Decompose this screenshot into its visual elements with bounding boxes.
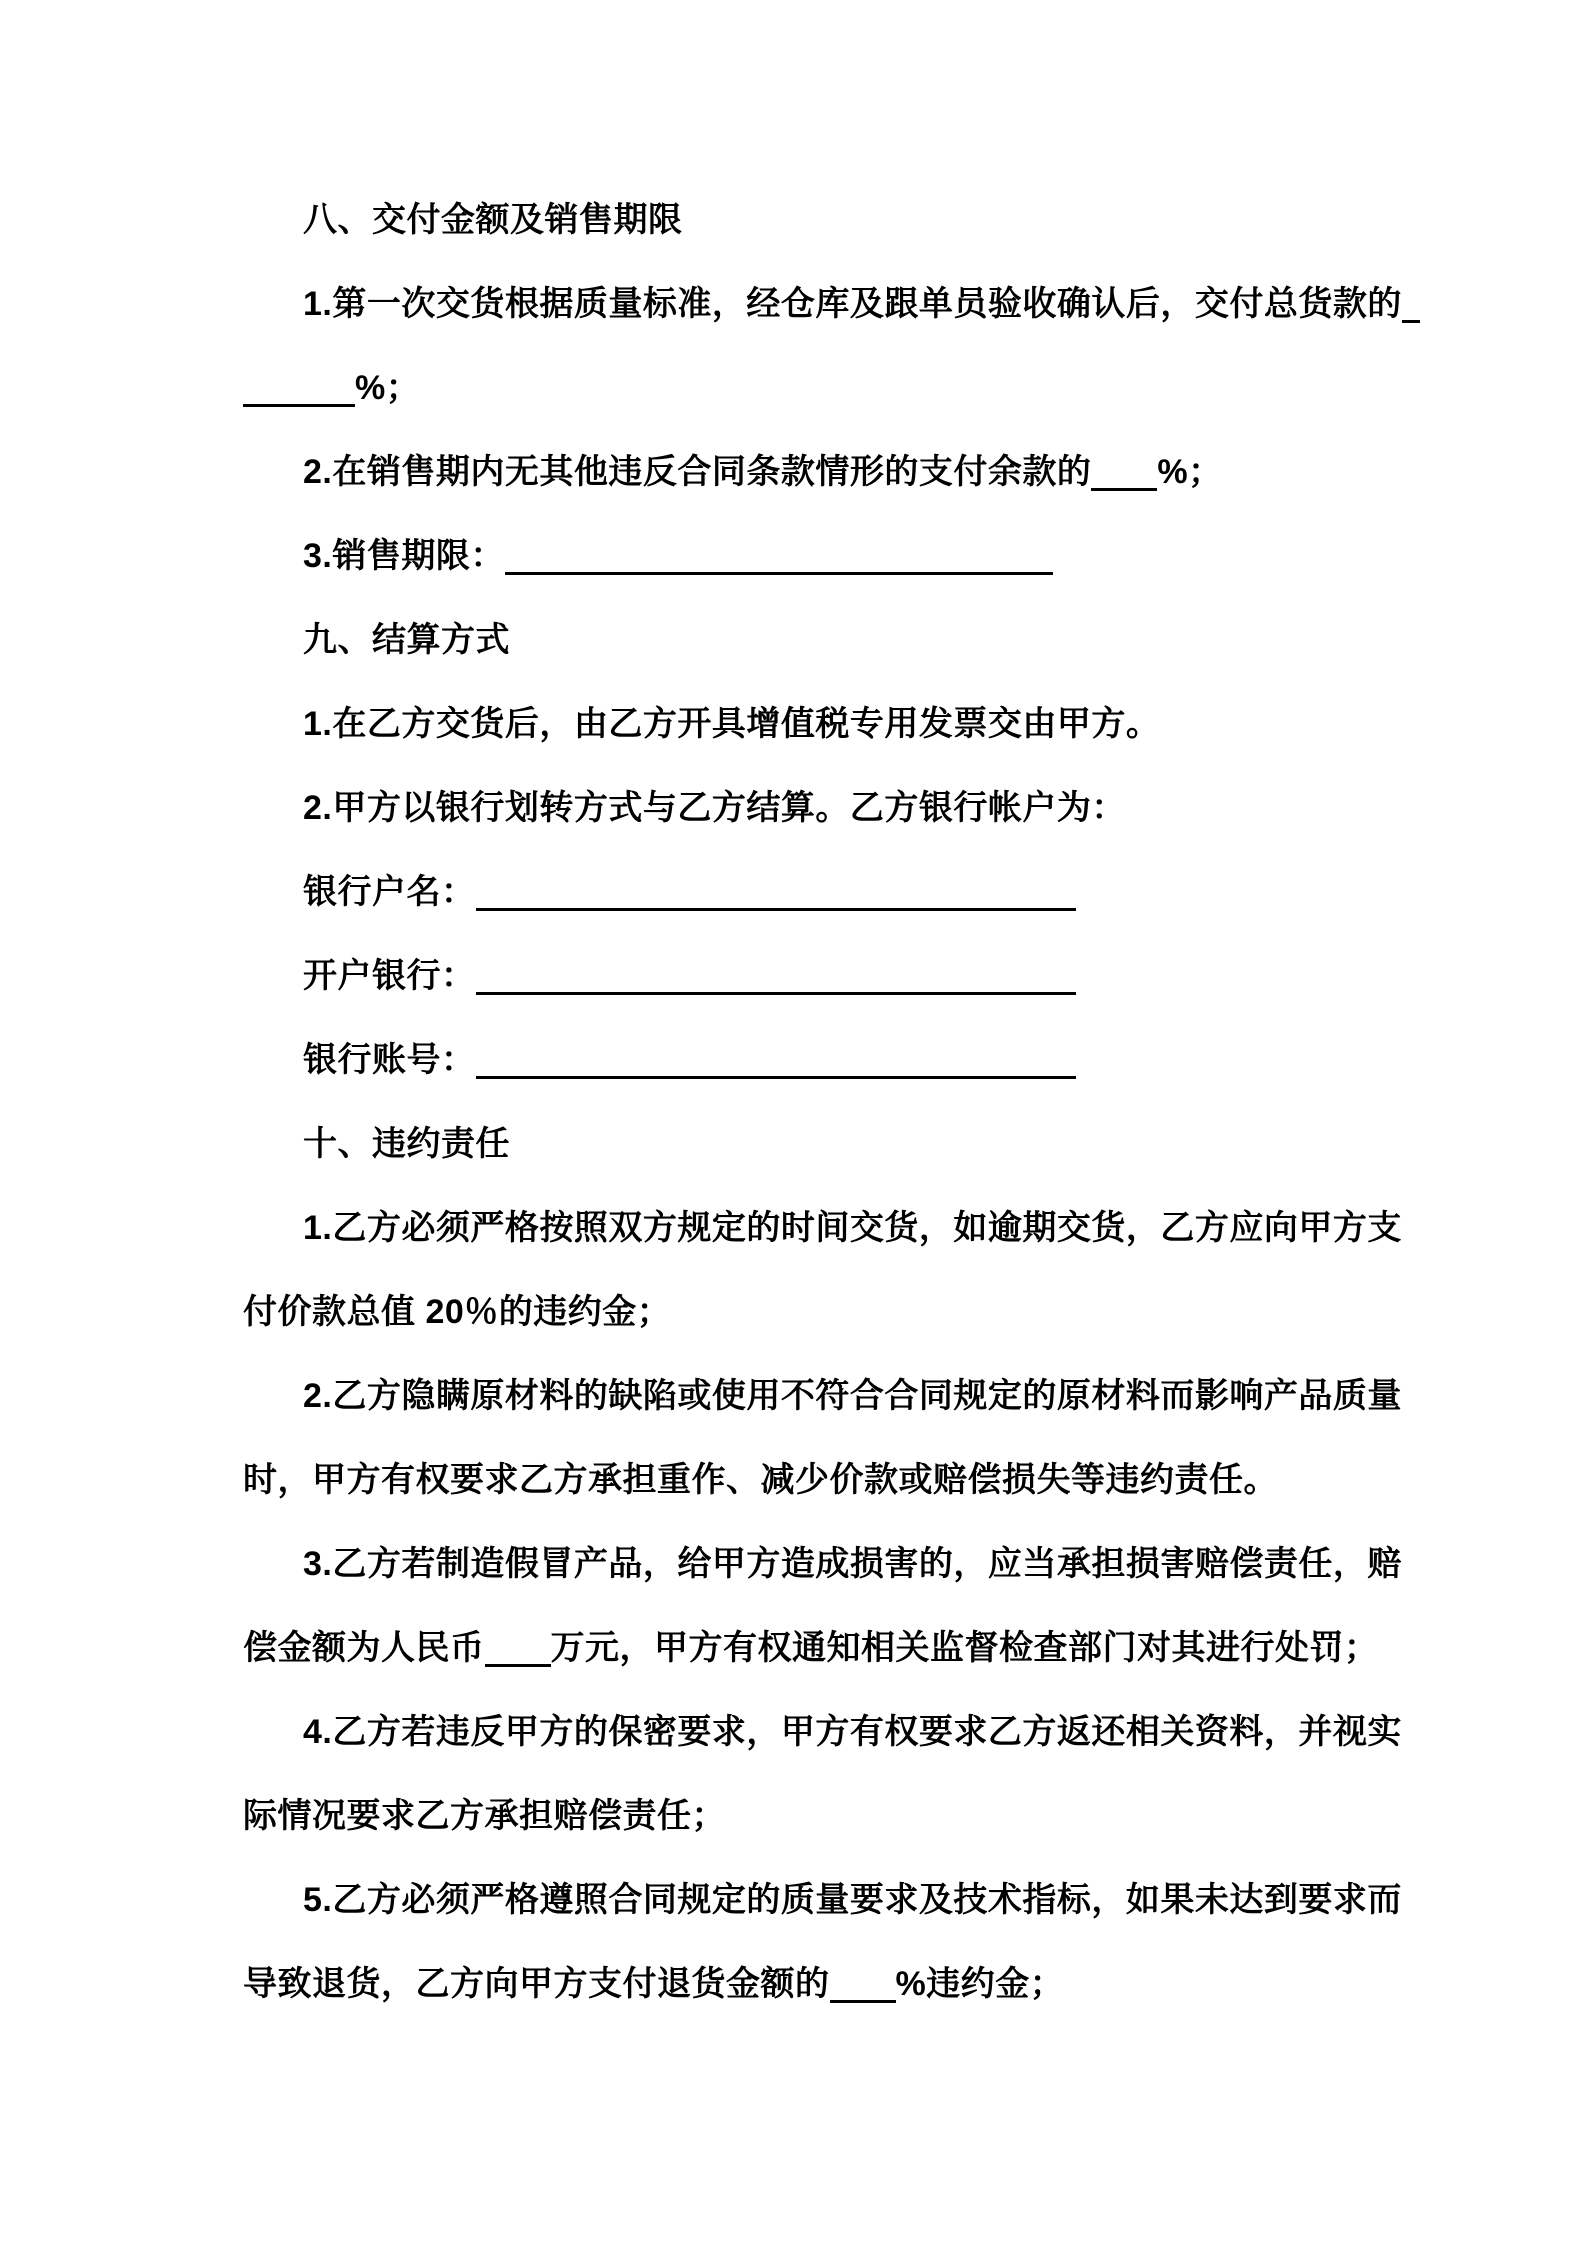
text-run: 付价款总值 20％的违约金； bbox=[243, 1293, 671, 1331]
blank-underline bbox=[505, 570, 1053, 575]
text-run: 2.乙方隐瞒原材料的缺陷或使用不符合合同规定的原材料而影响产品质量 bbox=[303, 1377, 1402, 1415]
text-run: 开户银行： bbox=[303, 957, 476, 995]
paragraph-line: 1.乙方必须严格按照双方规定的时间交货，如逾期交货，乙方应向甲方支 bbox=[243, 1186, 1347, 1270]
paragraph-line: 开户银行： bbox=[243, 934, 1347, 1018]
text-run: 万元，甲方有权通知相关监督检查部门对其进行处罚； bbox=[551, 1629, 1379, 1667]
text-run: 5.乙方必须严格遵照合同规定的质量要求及技术指标，如果未达到要求而 bbox=[303, 1881, 1402, 1919]
text-run: 2.在销售期内无其他违反合同条款情形的支付余款的 bbox=[303, 453, 1091, 491]
text-run: 九、结算方式 bbox=[303, 621, 510, 659]
text-run: 1.乙方必须严格按照双方规定的时间交货，如逾期交货，乙方应向甲方支 bbox=[303, 1209, 1402, 1247]
text-run: 十、违约责任 bbox=[303, 1125, 510, 1163]
paragraph-line: 4.乙方若违反甲方的保密要求，甲方有权要求乙方返还相关资料，并视实 bbox=[243, 1690, 1347, 1774]
paragraph-line: 银行户名： bbox=[243, 850, 1347, 934]
paragraph-line: 1.在乙方交货后，由乙方开具增值税专用发票交由甲方。 bbox=[243, 682, 1347, 766]
text-run: 导致退货，乙方向甲方支付退货金额的 bbox=[243, 1965, 830, 2003]
paragraph-line: 3.销售期限： bbox=[243, 514, 1347, 598]
blank-underline bbox=[476, 906, 1076, 911]
text-run: 偿金额为人民币 bbox=[243, 1629, 485, 1667]
text-run: %违约金； bbox=[896, 1965, 1065, 2003]
text-run: 银行账号： bbox=[303, 1041, 476, 1079]
section-heading: 九、结算方式 bbox=[243, 598, 1347, 682]
text-run: 1.第一次交货根据质量标准，经仓库及跟单员验收确认后，交付总货款的 bbox=[303, 285, 1402, 323]
document-page: 八、交付金额及销售期限1.第一次交货根据质量标准，经仓库及跟单员验收确认后，交付… bbox=[0, 0, 1586, 2244]
blank-underline bbox=[830, 1998, 896, 2003]
text-run: 1.在乙方交货后，由乙方开具增值税专用发票交由甲方。 bbox=[303, 705, 1160, 743]
text-run: 3.销售期限： bbox=[303, 537, 505, 575]
section-heading: 八、交付金额及销售期限 bbox=[243, 178, 1347, 262]
text-run: %； bbox=[355, 369, 420, 407]
paragraph-line: 3.乙方若制造假冒产品，给甲方造成损害的，应当承担损害赔偿责任，赔 bbox=[243, 1522, 1347, 1606]
text-run: %； bbox=[1157, 453, 1222, 491]
blank-underline bbox=[476, 990, 1076, 995]
blank-underline bbox=[243, 402, 355, 407]
blank-underline bbox=[1091, 486, 1157, 491]
paragraph-line: 际情况要求乙方承担赔偿责任； bbox=[243, 1774, 1347, 1858]
paragraph-line: 付价款总值 20％的违约金； bbox=[243, 1270, 1347, 1354]
text-run: 4.乙方若违反甲方的保密要求，甲方有权要求乙方返还相关资料，并视实 bbox=[303, 1713, 1402, 1751]
paragraph-line: 2.在销售期内无其他违反合同条款情形的支付余款的%； bbox=[243, 430, 1347, 514]
paragraph-line: 偿金额为人民币万元，甲方有权通知相关监督检查部门对其进行处罚； bbox=[243, 1606, 1347, 1690]
text-run: 2.甲方以银行划转方式与乙方结算。乙方银行帐户为： bbox=[303, 789, 1126, 827]
blank-underline bbox=[1402, 318, 1420, 323]
blank-underline bbox=[476, 1074, 1076, 1079]
text-run: 际情况要求乙方承担赔偿责任； bbox=[243, 1797, 726, 1835]
paragraph-line: 2.甲方以银行划转方式与乙方结算。乙方银行帐户为： bbox=[243, 766, 1347, 850]
paragraph-line: 5.乙方必须严格遵照合同规定的质量要求及技术指标，如果未达到要求而 bbox=[243, 1858, 1347, 1942]
paragraph-line: 导致退货，乙方向甲方支付退货金额的%违约金； bbox=[243, 1942, 1347, 2026]
paragraph-line: 银行账号： bbox=[243, 1018, 1347, 1102]
blank-underline bbox=[485, 1662, 551, 1667]
paragraph-line: 2.乙方隐瞒原材料的缺陷或使用不符合合同规定的原材料而影响产品质量 bbox=[243, 1354, 1347, 1438]
paragraph-line: 1.第一次交货根据质量标准，经仓库及跟单员验收确认后，交付总货款的 bbox=[243, 262, 1347, 346]
text-run: 八、交付金额及销售期限 bbox=[303, 201, 683, 239]
text-run: 银行户名： bbox=[303, 873, 476, 911]
text-run: 3.乙方若制造假冒产品，给甲方造成损害的，应当承担损害赔偿责任，赔 bbox=[303, 1545, 1402, 1583]
paragraph-line: 时，甲方有权要求乙方承担重作、减少价款或赔偿损失等违约责任。 bbox=[243, 1438, 1347, 1522]
text-run: 时，甲方有权要求乙方承担重作、减少价款或赔偿损失等违约责任。 bbox=[243, 1461, 1278, 1499]
paragraph-line: %； bbox=[243, 346, 1347, 430]
section-heading: 十、违约责任 bbox=[243, 1102, 1347, 1186]
